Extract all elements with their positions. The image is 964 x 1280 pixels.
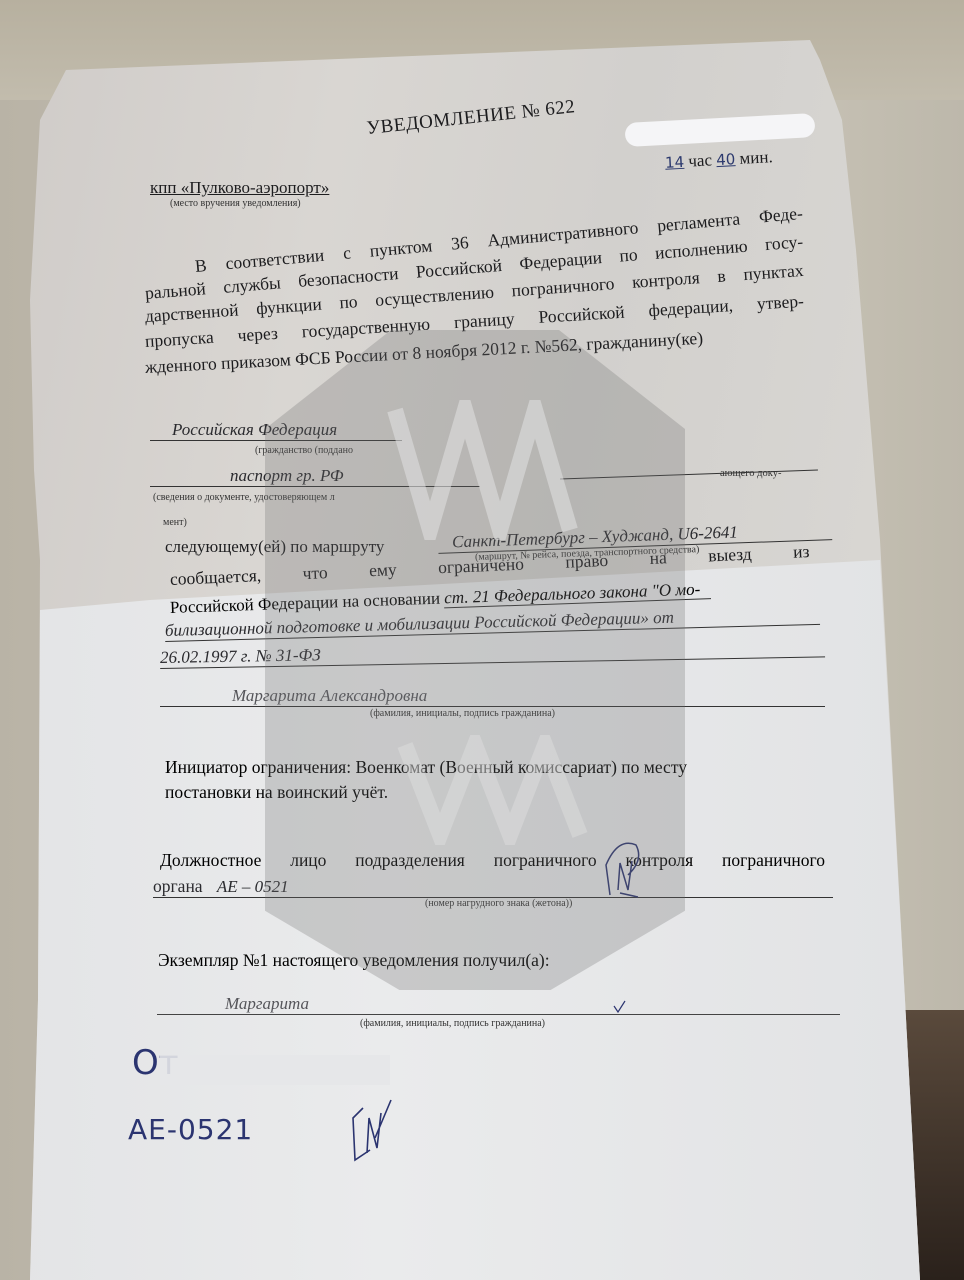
identity-document-field: паспорт гр. РФ bbox=[150, 466, 480, 487]
official-badge-number: AE – 0521 bbox=[217, 877, 289, 896]
handwritten-badge-number: AE-0521 bbox=[128, 1113, 253, 1146]
route-label: следующему(ей) по маршруту bbox=[165, 537, 384, 557]
delivery-place-caption: (место вручения уведомления) bbox=[170, 198, 301, 209]
initiator-line: Инициатор ограничения: Военкомат (Военны… bbox=[165, 755, 687, 780]
citizen-name-caption: (фамилия, инициалы, подпись гражданина) bbox=[370, 708, 555, 719]
official-badge-label: органа bbox=[153, 876, 203, 896]
identity-document-caption-end: мент) bbox=[163, 517, 187, 528]
restriction-initiator: Инициатор ограничения: Военкомат (Военны… bbox=[165, 755, 687, 805]
time-hour: 14 bbox=[665, 153, 685, 172]
copy-received-name: Маргарита bbox=[157, 994, 840, 1015]
delivery-place: кпп «Пулково-аэропорт» bbox=[150, 178, 329, 198]
official-badge-row: органа AE – 0521 bbox=[153, 876, 833, 898]
citizen-name-field: Маргарита Александровна bbox=[160, 686, 825, 707]
official-line: Должностное лицо подразделения пограничн… bbox=[160, 850, 825, 871]
official-signature-icon bbox=[598, 835, 648, 905]
time-minute: 40 bbox=[716, 150, 736, 169]
time-minute-label: мин. bbox=[739, 147, 773, 168]
time-hour-label: час bbox=[688, 150, 713, 170]
copy-received-caption: (фамилия, инициалы, подпись гражданина) bbox=[360, 1018, 545, 1029]
citizenship-field: Российская Федерация bbox=[150, 420, 402, 441]
identity-document-caption: (сведения о документе, удостоверяющем л bbox=[153, 492, 335, 503]
official-badge-caption: (номер нагрудного знака (жетона)) bbox=[425, 898, 572, 909]
copy-received-label: Экземпляр №1 настоящего уведомления полу… bbox=[158, 950, 550, 971]
identity-document-caption-right: ающего доку- bbox=[720, 468, 781, 479]
checkmark-icon bbox=[612, 1000, 628, 1014]
initiator-line: постановки на воинский учёт. bbox=[165, 780, 687, 805]
redaction-blur bbox=[160, 1055, 390, 1085]
citizenship-caption: (гражданство (поддано bbox=[255, 445, 353, 456]
handwritten-signature-icon bbox=[345, 1098, 415, 1168]
